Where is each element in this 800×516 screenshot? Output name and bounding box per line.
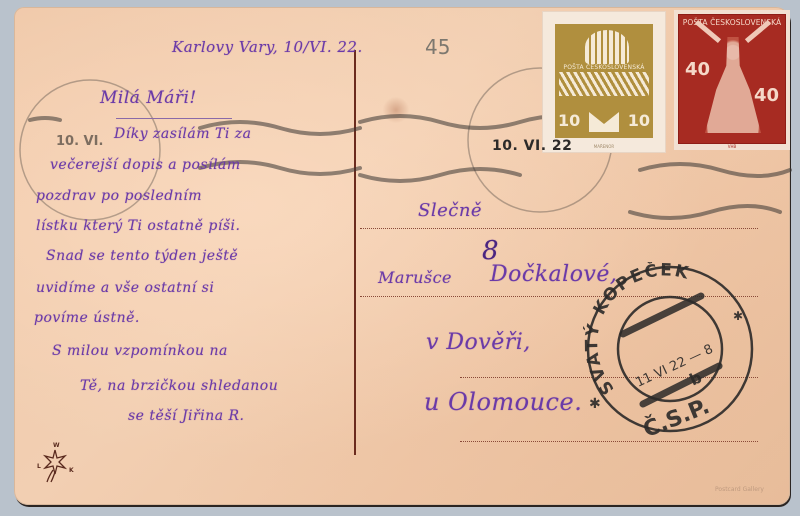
freed-republic-figure: [705, 37, 761, 133]
dove-emblem: [585, 30, 629, 64]
message-line-2: večerejší dopis a posílám: [50, 157, 241, 173]
envelope-emblem: [589, 112, 619, 132]
stamp-40h-republic: POŠTA ČESKOSLOVENSKÁ 40 40 VHB: [674, 10, 790, 150]
svg-text:✱: ✱: [589, 396, 601, 412]
message-signature: se těší Jiřina R.: [128, 408, 245, 424]
message-salutation: Milá Máři!: [100, 88, 197, 108]
svg-text:K: K: [69, 467, 74, 474]
message-closing-2: Tě, na brzičkou shledanou: [80, 378, 278, 394]
stamp-40-value-right: 40: [754, 85, 779, 106]
message-place-date: Karlovy Vary, 10/VI. 22.: [172, 38, 363, 56]
message-line-4: lístku který Ti ostatně píši.: [36, 218, 240, 234]
message-line-3: pozdrav po posledním: [36, 188, 202, 204]
svaty-kopecek-postmark: SVATÝ KOPEČEK Č.S.P. 11 VI 22 — 8 b ✱ ✱: [583, 262, 757, 436]
machine-cancel-ghost-date: 10. VI.: [56, 134, 103, 149]
stamp-10-value-left: 10: [558, 111, 580, 130]
address-line1: Slečně: [418, 200, 482, 221]
address-line2-prefix: Marušce: [378, 268, 452, 287]
dove-wings: [559, 72, 649, 96]
svg-text:✱: ✱: [733, 309, 743, 323]
svg-text:W: W: [53, 442, 60, 449]
stamp-40-value-left: 40: [685, 59, 710, 80]
stamp-10-value-right: 10: [628, 111, 650, 130]
address-line3: v Dověři,: [426, 330, 531, 355]
stamp-10h-dove: POŠTA ČESKOSLOVENSKÁ 10 10 MAŘENOR: [543, 12, 665, 152]
message-line-5: Snad se tento týden ještě: [46, 248, 238, 264]
message-closing-1: S milou vzpomínkou na: [52, 343, 228, 359]
message-line-7: povíme ústně.: [34, 310, 140, 326]
address-line4: u Olomouce.: [424, 388, 582, 416]
message-line-1: Díky zasílám Ti za: [114, 126, 251, 142]
watermark: Postcard Gallery: [715, 486, 764, 493]
stamp-40-printer: VHB: [674, 144, 790, 149]
stamp-10-country: POŠTA ČESKOSLOVENSKÁ: [555, 64, 653, 71]
salutation-underline: [116, 118, 232, 119]
machine-cancel-date: 10. VI. 22: [492, 138, 572, 154]
publisher-logo-edelweiss-icon: L W K: [33, 440, 77, 484]
svg-text:L: L: [37, 463, 41, 470]
message-line-6: uvidíme a vše ostatní si: [36, 280, 214, 296]
